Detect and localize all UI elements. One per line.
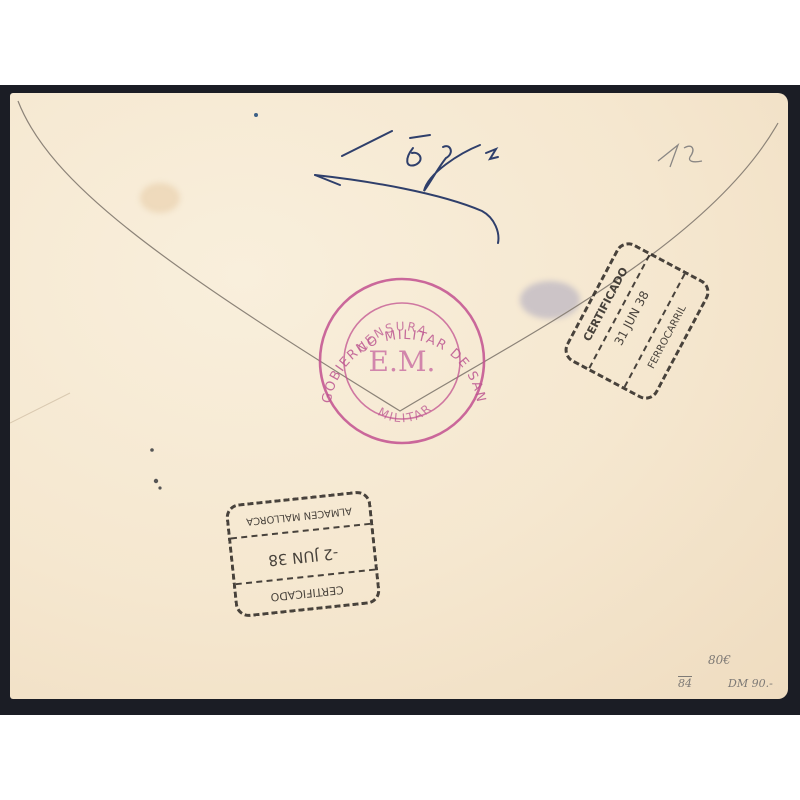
censor-center: E.M. xyxy=(369,345,436,378)
envelope-back: GOBIERNO MILITAR DE SAN SEBASTIAN CENSUR… xyxy=(10,93,788,699)
pencil-catalog: 84 xyxy=(678,677,692,690)
censor-inner-bottom: MILITAR xyxy=(376,400,435,425)
photo-frame: GOBIERNO MILITAR DE SAN SEBASTIAN CENSUR… xyxy=(0,85,800,715)
pencil-price: 80€ xyxy=(708,653,731,667)
arrival-mark: CERTIFICADO -2 JUN 38 ALMACEN MALLORCA xyxy=(224,490,381,619)
censor-mark-text: GOBIERNO MILITAR DE SAN SEBASTIAN CENSUR… xyxy=(10,93,788,699)
pencil-value: DM 90.- xyxy=(728,677,773,690)
svg-text:MILITAR: MILITAR xyxy=(376,400,435,425)
arrival-date: -2 JUN 38 xyxy=(233,541,374,574)
